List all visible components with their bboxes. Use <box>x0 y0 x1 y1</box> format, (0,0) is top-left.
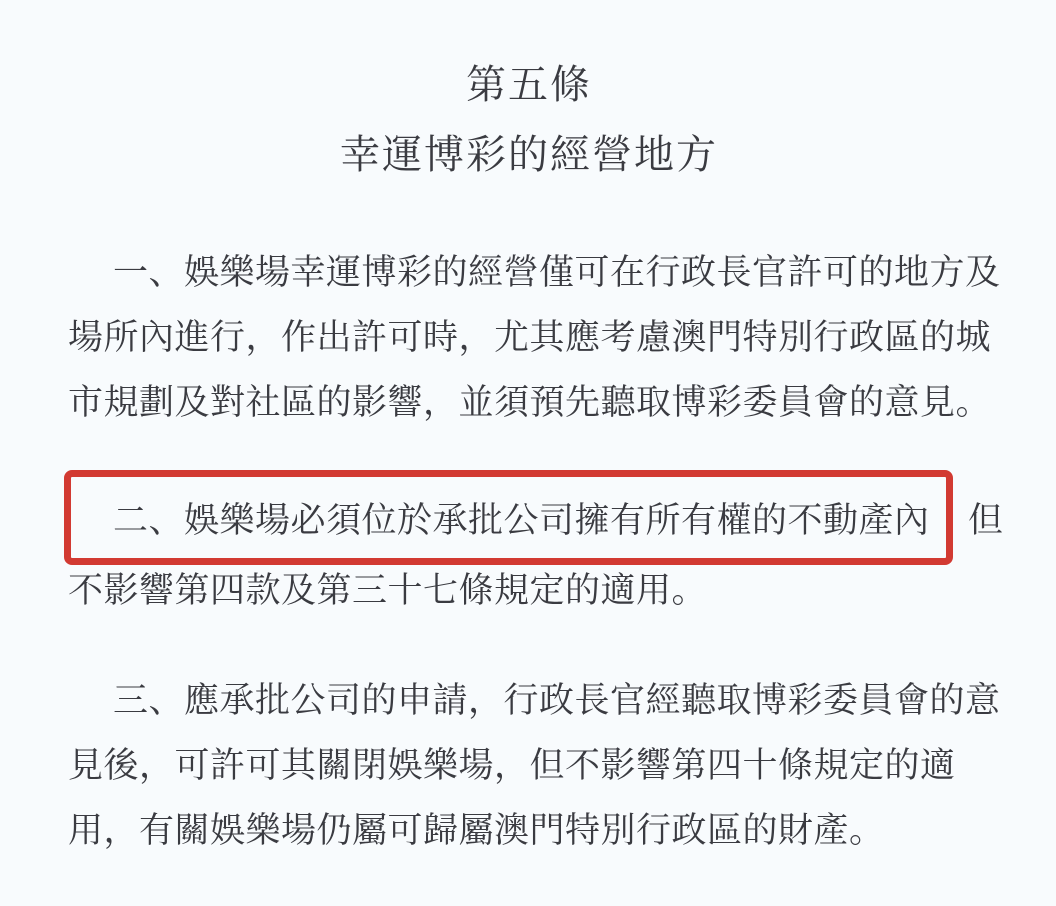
paragraph-3-line-1: 三、應承批公司的申請，行政長官經聽取博彩委員會的意 <box>68 668 1008 733</box>
paragraph-1-line-1: 一、娛樂場幸運博彩的經營僅可在行政長官許可的地方及 <box>68 240 1008 305</box>
paragraph-2-after-box-char: 但 <box>968 493 1003 543</box>
document-page: 第五條 幸運博彩的經營地方 一、娛樂場幸運博彩的經營僅可在行政長官許可的地方及 … <box>0 0 1056 906</box>
paragraph-3: 三、應承批公司的申請，行政長官經聽取博彩委員會的意 見後，可許可其關閉娛樂場，但… <box>68 668 1008 863</box>
article-title: 幸運博彩的經營地方 <box>68 132 990 178</box>
paragraph-2-highlighted-text: 二、娛樂場必須位於承批公司擁有所有權的不動產內 <box>113 493 930 543</box>
paragraph-2-continuation: 不影響第四款及第三十七條規定的適用。 <box>68 558 707 623</box>
article-number: 第五條 <box>68 62 990 108</box>
paragraph-3-line-2: 見後，可許可其關閉娛樂場，但不影響第四十條規定的適 <box>68 733 1008 798</box>
highlight-box: 二、娛樂場必須位於承批公司擁有所有權的不動產內 <box>64 470 953 565</box>
paragraph-1-line-2: 場所內進行，作出許可時，尤其應考慮澳門特別行政區的城 <box>68 305 1008 370</box>
paragraph-1: 一、娛樂場幸運博彩的經營僅可在行政長官許可的地方及 場所內進行，作出許可時，尤其… <box>68 240 1008 435</box>
paragraph-3-line-3: 用，有關娛樂場仍屬可歸屬澳門特別行政區的財產。 <box>68 798 1008 863</box>
paragraph-2-text-after-box: 但 <box>968 470 1003 565</box>
paragraph-1-line-3: 市規劃及對社區的影響，並須預先聽取博彩委員會的意見。 <box>68 370 1008 435</box>
